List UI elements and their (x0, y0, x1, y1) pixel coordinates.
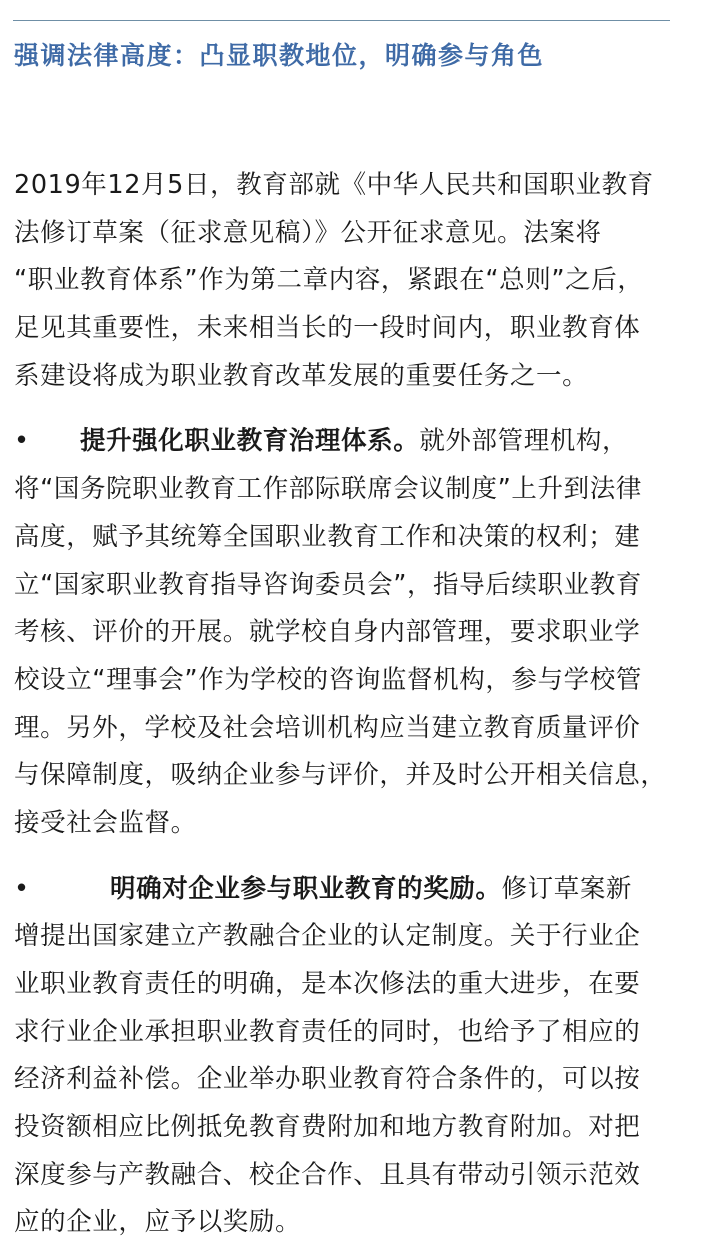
bullet-icon: • (14, 866, 30, 914)
bullet-item-governance: •提升强化职业教育治理体系。就外部管理机构， 将“国务院职业教育工作部际联席会议… (14, 418, 714, 847)
text-line: “职业教育体系”作为第二章内容，紧跟在“总则”之后， (14, 257, 714, 305)
text-line: 应的企业，应予以奖励。 (14, 1199, 714, 1247)
text-line: 业职业教育责任的明确，是本次修法的重大进步，在要 (14, 961, 714, 1009)
text-line: 法修订草案（征求意见稿）》公开征求意见。法案将 (14, 210, 714, 258)
text-line: 增提出国家建立产教融合企业的认定制度。关于行业企 (14, 913, 714, 961)
bullet-item-enterprise-reward: •明确对企业参与职业教育的奖励。修订草案新 增提出国家建立产教融合企业的认定制度… (14, 866, 714, 1248)
text-line: 校设立“理事会”作为学校的咨询监督机构，参与学校管 (14, 657, 714, 705)
text-line: 高度，赋予其统筹全国职业教育工作和决策的权利；建 (14, 514, 714, 562)
text-line: 考核、评价的开展。就学校自身内部管理，要求职业学 (14, 609, 714, 657)
text-line: 与保障制度，吸纳企业参与评价，并及时公开相关信息， (14, 752, 714, 800)
section-heading: 强调法律高度：凸显职教地位，明确参与角色 (14, 36, 544, 72)
text-line: 求行业企业承担职业教育责任的同时，也给予了相应的 (14, 1009, 714, 1057)
text-line: 足见其重要性，未来相当长的一段时间内，职业教育体 (14, 305, 714, 353)
text-line: 经济利益补偿。企业举办职业教育符合条件的，可以按 (14, 1056, 714, 1104)
bullet-icon: • (14, 418, 30, 466)
text-line: 系建设将成为职业教育改革发展的重要任务之一。 (14, 353, 714, 401)
bullet-text: 就外部管理机构， (419, 426, 628, 456)
bullet-first-line: •提升强化职业教育治理体系。就外部管理机构， (14, 418, 714, 466)
bullet-lead: 明确对企业参与职业教育的奖励。 (110, 874, 502, 904)
text-line: 2019年12月5日，教育部就《中华人民共和国职业教育 (14, 162, 714, 210)
bullet-lead: 提升强化职业教育治理体系。 (80, 426, 419, 456)
article-body: 2019年12月5日，教育部就《中华人民共和国职业教育 法修订草案（征求意见稿）… (14, 162, 714, 1258)
bullet-text: 修订草案新 (502, 874, 633, 904)
bullet-first-line: •明确对企业参与职业教育的奖励。修订草案新 (14, 866, 714, 914)
intro-paragraph: 2019年12月5日，教育部就《中华人民共和国职业教育 法修订草案（征求意见稿）… (14, 162, 714, 400)
text-line: 立“国家职业教育指导咨询委员会”，指导后续职业教育 (14, 562, 714, 610)
section-divider (13, 20, 670, 21)
text-line: 理。另外，学校及社会培训机构应当建立教育质量评价 (14, 705, 714, 753)
text-line: 接受社会监督。 (14, 800, 714, 848)
text-line: 投资额相应比例抵免教育费附加和地方教育附加。对把 (14, 1104, 714, 1152)
text-line: 深度参与产教融合、校企合作、且具有带动引领示范效 (14, 1152, 714, 1200)
text-line: 将“国务院职业教育工作部际联席会议制度”上升到法律 (14, 466, 714, 514)
